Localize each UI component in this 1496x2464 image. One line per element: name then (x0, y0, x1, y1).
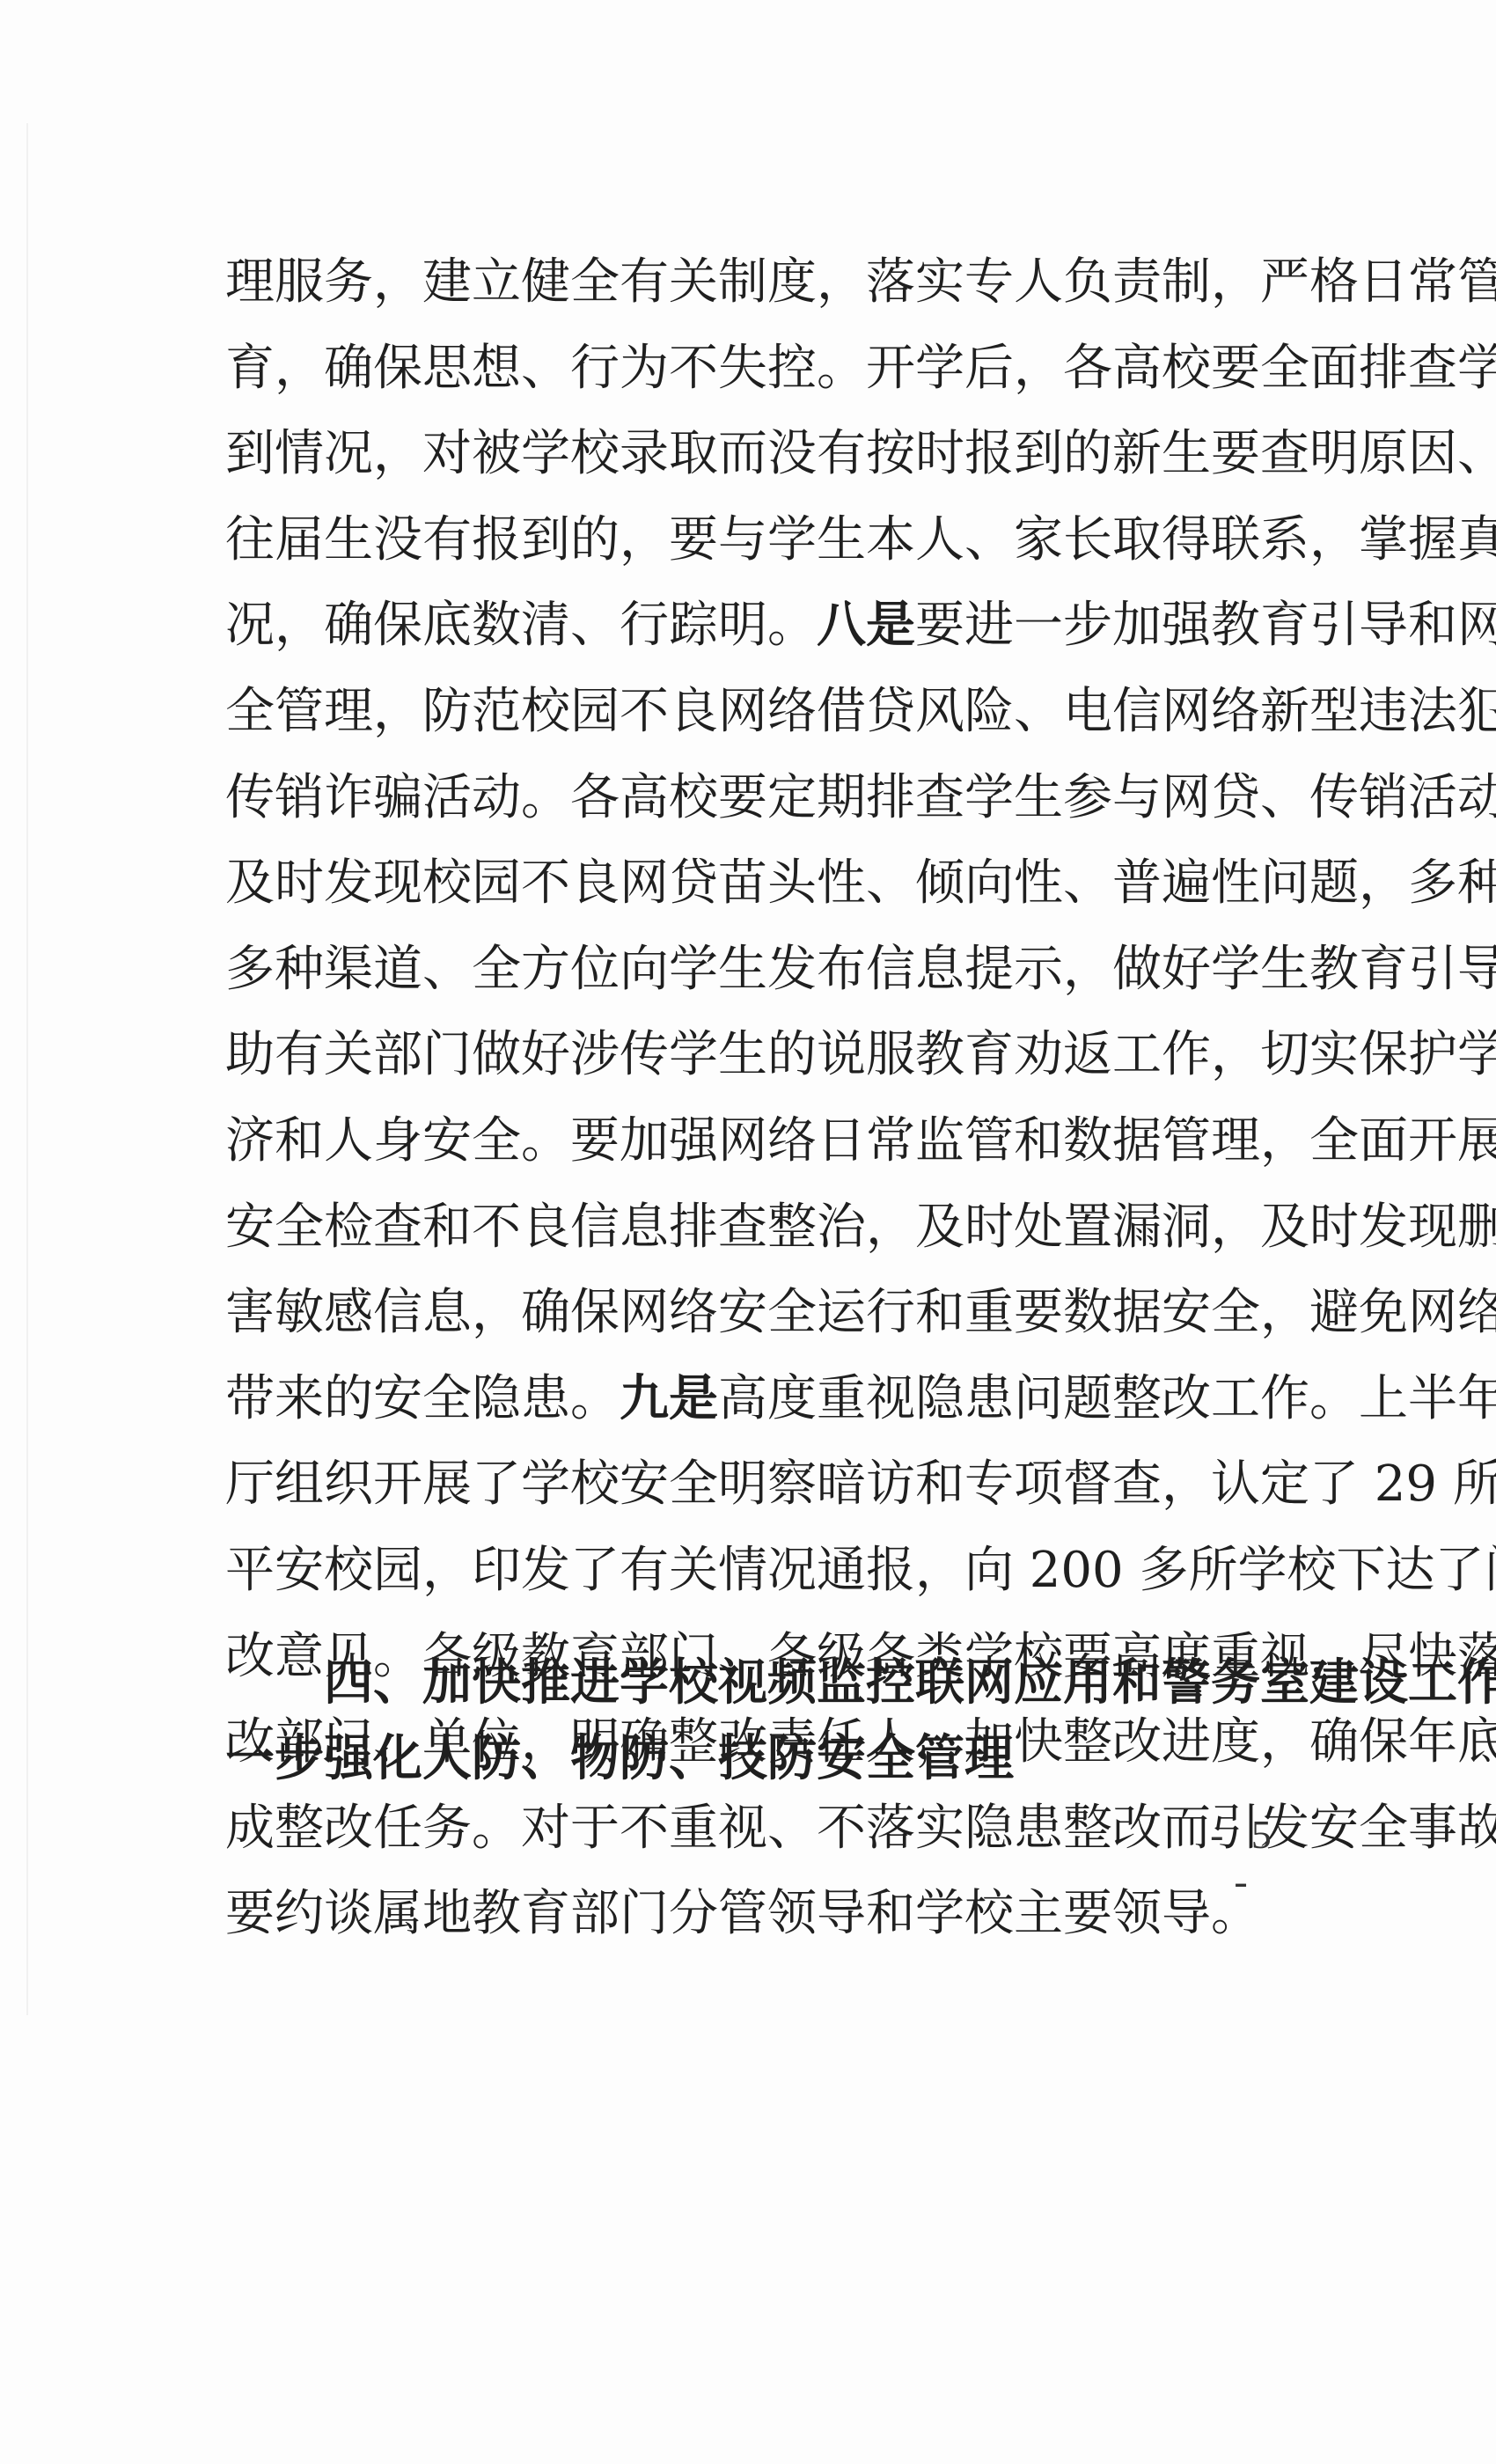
section-heading-line-1: 四、加快推进学校视频监控联网应用和警务室建设工作，进 (225, 1646, 1301, 1721)
text-line: 厅组织开展了学校安全明察暗访和专项督查，认定了 29 所自治区 (225, 1441, 1301, 1528)
text-line: 害敏感信息，确保网络安全运行和重要数据安全，避免网络风险 (225, 1270, 1301, 1356)
text-segment: 平安校园，印发了有关情况通报，向 200 多所学校下达了问题整 (225, 1542, 1496, 1599)
text-line: 到情况，对被学校录取而没有按时报到的新生要查明原因、去向， (225, 411, 1301, 497)
bold-marker: 八是 (817, 597, 915, 654)
text-segment: 厅组织开展了学校安全明察暗访和专项督查，认定了 29 所自治区 (225, 1456, 1496, 1513)
text-line: 带来的安全隐患。九是高度重视隐患问题整改工作。上半年，我 (225, 1356, 1301, 1442)
text-segment: 要进一步加强教育引导和网络安 (915, 597, 1496, 654)
text-segment: 多种渠道、全方位向学生发布信息提示，做好学生教育引导，协 (225, 941, 1496, 998)
text-line: 济和人身安全。要加强网络日常监管和数据管理，全面开展网络 (225, 1098, 1301, 1184)
text-segment: 成整改任务。对于不重视、不落实隐患整改而引发安全事故的， (225, 1800, 1496, 1857)
text-line: 平安校园，印发了有关情况通报，向 200 多所学校下达了问题整 (225, 1528, 1301, 1614)
text-segment: 济和人身安全。要加强网络日常监管和数据管理，全面开展网络 (225, 1112, 1496, 1170)
text-segment: 况，确保底数清、行踪明。 (225, 597, 817, 654)
text-segment: 安全检查和不良信息排查整治，及时处置漏洞，及时发现删除有 (225, 1199, 1496, 1256)
text-segment: 及时发现校园不良网贷苗头性、倾向性、普遍性问题，多种形式、 (225, 854, 1496, 912)
text-line: 全管理，防范校园不良网络借贷风险、电信网络新型违法犯罪和 (225, 669, 1301, 755)
text-line: 安全检查和不良信息排查整治，及时处置漏洞，及时发现删除有 (225, 1184, 1301, 1271)
text-line: 理服务，建立健全有关制度，落实专人负责制，严格日常管理教 (225, 239, 1301, 326)
text-segment: 带来的安全隐患。 (225, 1370, 620, 1427)
text-segment: 传销诈骗活动。各高校要定期排查学生参与网贷、传销活动情况， (225, 769, 1496, 826)
text-segment: 育，确保思想、行为不失控。开学后，各高校要全面排查学生报 (225, 340, 1496, 397)
scan-edge-divider (26, 123, 28, 2015)
text-line: 往届生没有报到的，要与学生本人、家长取得联系，掌握真实情 (225, 497, 1301, 583)
text-segment: 往届生没有报到的，要与学生本人、家长取得联系，掌握真实情 (225, 511, 1496, 568)
text-segment: 要约谈属地教育部门分管领导和学校主要领导。 (225, 1885, 1260, 1942)
text-segment: 害敏感信息，确保网络安全运行和重要数据安全，避免网络风险 (225, 1284, 1496, 1341)
text-line: 况，确保底数清、行踪明。八是要进一步加强教育引导和网络安 (225, 583, 1301, 669)
text-line: 及时发现校园不良网贷苗头性、倾向性、普遍性问题，多种形式、 (225, 840, 1301, 927)
text-line: 要约谈属地教育部门分管领导和学校主要领导。 (225, 1871, 1301, 1957)
text-segment: 理服务，建立健全有关制度，落实专人负责制，严格日常管理教 (225, 253, 1496, 311)
text-line: 育，确保思想、行为不失控。开学后，各高校要全面排查学生报 (225, 326, 1301, 412)
text-line: 多种渠道、全方位向学生发布信息提示，做好学生教育引导，协 (225, 927, 1301, 1013)
text-segment: 助有关部门做好涉传学生的说服教育劝返工作，切实保护学生经 (225, 1026, 1496, 1083)
text-segment: 高度重视隐患问题整改工作。上半年，我 (718, 1370, 1496, 1427)
text-line: 传销诈骗活动。各高校要定期排查学生参与网贷、传销活动情况， (225, 755, 1301, 841)
text-line: 成整改任务。对于不重视、不落实隐患整改而引发安全事故的， (225, 1786, 1301, 1872)
page-number: - 5 - (1197, 1811, 1294, 1904)
section-heading-line-2: 一步强化人防、物防、技防安全管理 (225, 1721, 1301, 1797)
document-page: 理服务，建立健全有关制度，落实专人负责制，严格日常管理教育，确保思想、行为不失控… (0, 0, 1496, 2464)
section-heading: 四、加快推进学校视频监控联网应用和警务室建设工作，进 一步强化人防、物防、技防安… (225, 1646, 1301, 1797)
text-segment: 全管理，防范校园不良网络借贷风险、电信网络新型违法犯罪和 (225, 683, 1496, 740)
text-line: 助有关部门做好涉传学生的说服教育劝返工作，切实保护学生经 (225, 1012, 1301, 1098)
text-segment: 到情况，对被学校录取而没有按时报到的新生要查明原因、去向， (225, 425, 1496, 482)
bold-marker: 九是 (620, 1370, 718, 1427)
